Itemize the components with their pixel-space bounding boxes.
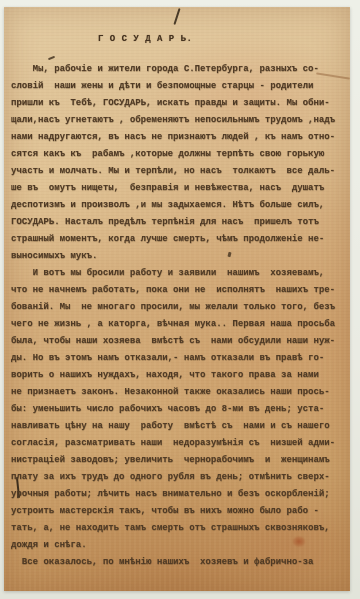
text-line: словій наши жены и дѣти и безпомощные ст… — [11, 78, 345, 95]
text-line: деспотизмъ и произволъ ,и мы задыхаемся.… — [11, 197, 345, 214]
document-text: Г О С У Д А Р Ь. Мы, рабочіе и жители го… — [11, 33, 345, 571]
text-line: нами надругаются, въ насъ не признаютъ л… — [11, 129, 345, 146]
text-line: была, чтобы наши хозяева вмѣстѣ съ нами … — [11, 333, 345, 350]
text-line: не признаетъ законъ. Незаконной также ок… — [11, 384, 345, 401]
text-line: чего не жизнь , а каторга, вѣчная мука..… — [11, 316, 345, 333]
text-line: тать, а, не находить тамъ смерть отъ стр… — [11, 520, 345, 537]
photo-frame: Г О С У Д А Р Ь. Мы, рабочіе и жители го… — [0, 0, 360, 599]
text-line: навливать цѣну на нашу работу вмѣстѣ съ … — [11, 418, 345, 435]
text-line: ворить о нашихъ нуждахъ, находя, что так… — [11, 367, 345, 384]
text-line: участь и молчать. Мы и терпѣли, но насъ … — [11, 163, 345, 180]
text-line: ше въ омутъ нищеты, безправія и невѣжест… — [11, 180, 345, 197]
text-line: ГОСУДАРЬ. Насталъ предѣлъ терпѣнія для н… — [11, 214, 345, 231]
text-line: устроить мастерскія такъ, чтобы въ нихъ … — [11, 503, 345, 520]
text-line: бы: уменьшить число рабочихъ часовъ до 8… — [11, 401, 345, 418]
document-title: Г О С У Д А Р Ь. — [11, 33, 345, 45]
text-line: бованій. Мы не многаго просили, мы желал… — [11, 299, 345, 316]
document-paper: Г О С У Д А Р Ь. Мы, рабочіе и жители го… — [4, 7, 350, 591]
text-line: пришли къ Тебѣ, ГОСУДАРЬ, искать правды … — [11, 95, 345, 112]
text-line: щали,насъ угнетаютъ , обременяютъ непоси… — [11, 112, 345, 129]
text-line: дождя и снѣга. — [11, 537, 345, 554]
text-line: урочныя работы; лѣчить насъ внимательно … — [11, 486, 345, 503]
text-line: И вотъ мы бросили работу и заявили нашим… — [11, 265, 345, 282]
text-line: ды. Но въ этомъ намъ отказали,- намъ отк… — [11, 350, 345, 367]
document-body: Мы, рабочіе и жители города С.Петербурга… — [11, 61, 345, 571]
handwritten-slash-mark — [173, 8, 180, 25]
text-line: что не начнемъ работать, пока они не исп… — [11, 282, 345, 299]
text-line: нистраціей заводовъ; увеличить чернорабо… — [11, 452, 345, 469]
text-line: выносимыхъ мукъ. — [11, 248, 345, 265]
text-line: согласія, разсматривать наши недоразумѣн… — [11, 435, 345, 452]
text-line: плату за ихъ трудъ до одного рубля въ де… — [11, 469, 345, 486]
text-line: страшный моментъ, когда лучше смерть, чѣ… — [11, 231, 345, 248]
text-line: Мы, рабочіе и жители города С.Петербурга… — [11, 61, 345, 78]
text-line: Все оказалось, по мнѣнію нашихъ хозяевъ … — [11, 554, 345, 571]
text-line: сятся какъ къ рабамъ ,которые должны тер… — [11, 146, 345, 163]
